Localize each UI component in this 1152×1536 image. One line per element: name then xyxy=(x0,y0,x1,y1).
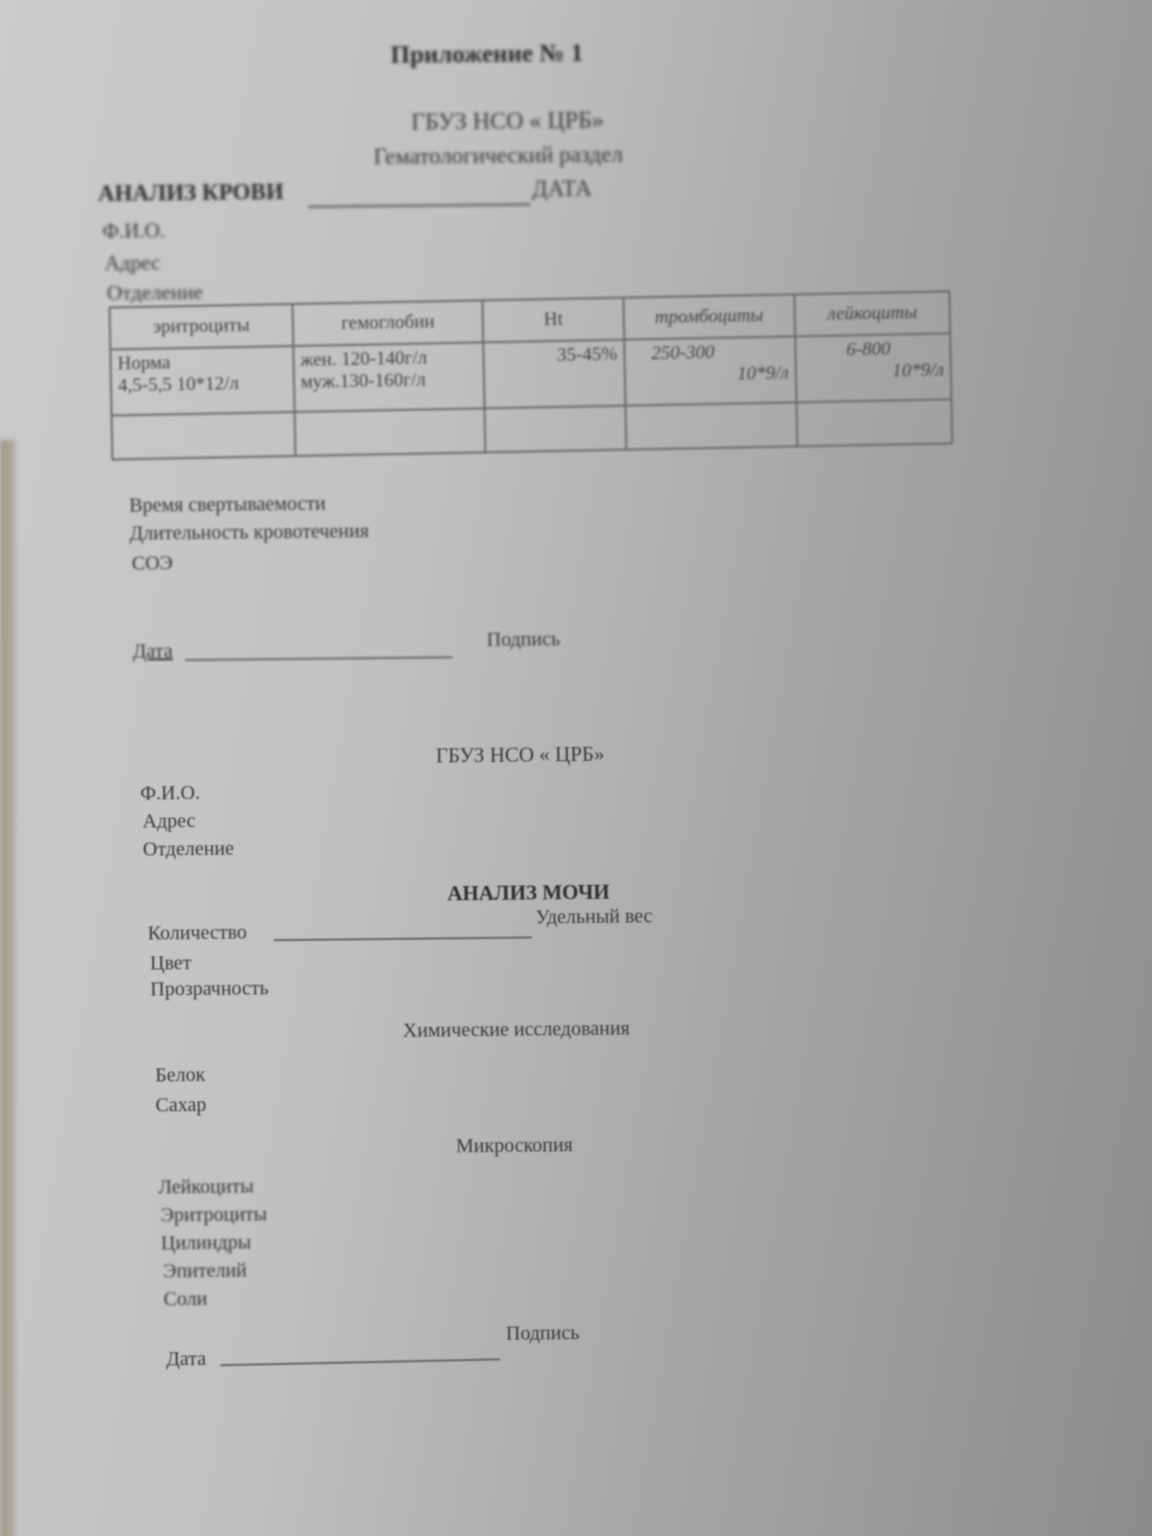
appendix-label: Приложение № 1 xyxy=(390,40,583,70)
blood-section-title: Гематологический раздел xyxy=(373,141,623,170)
specific-gravity-label: Удельный вес xyxy=(535,905,652,929)
microscopy-item-erythrocytes: Эритроциты xyxy=(161,1203,268,1227)
urine-footer-signature-label: Подпись xyxy=(506,1322,580,1346)
chemical-section-title: Химические исследования xyxy=(403,1017,630,1042)
bleeding-duration-label: Длительность кровотечения xyxy=(129,520,369,546)
blood-analysis-title: АНАЛИЗ КРОВИ xyxy=(98,179,284,207)
cell-line: 4,5-5,5 10*12/л xyxy=(118,372,287,397)
blood-department-label: Отделение xyxy=(107,280,203,306)
paper-sheet: Приложение № 1 ГБУЗ НСО « ЦРБ» Гематолог… xyxy=(0,0,1152,1536)
cell-line: 10*9/л xyxy=(803,360,945,385)
urine-footer-date-label: Дата xyxy=(166,1348,206,1371)
cell-line: 35-45% xyxy=(491,344,618,368)
microscopy-item-leukocytes: Лейкоциты xyxy=(158,1175,254,1199)
urine-footer-date-line xyxy=(220,1358,500,1366)
urine-organization: ГБУЗ НСО « ЦРБ» xyxy=(436,742,605,769)
result-hemoglobin xyxy=(294,408,485,456)
norm-erythrocytes: Норма 4,5-5,5 10*12/л xyxy=(110,346,294,415)
microscopy-item-salts: Соли xyxy=(163,1288,207,1311)
microscopy-item-casts: Цилиндры xyxy=(161,1231,251,1255)
quantity-label: Количество xyxy=(148,921,247,945)
norm-hemoglobin: жен. 120-140г/л муж.130-160г/л xyxy=(293,342,485,412)
chemical-item-protein: Белок xyxy=(155,1064,205,1088)
norm-hematocrit: 35-45% xyxy=(484,340,626,409)
blood-results-table: эритроциты гемоглобин Ht тромбоциты лейк… xyxy=(108,290,953,460)
esr-label: СОЭ xyxy=(132,552,173,575)
microscopy-item-epithelium: Эпителий xyxy=(163,1259,247,1283)
cell-line: 6-800 xyxy=(802,338,944,363)
blood-footer-date-label: Дата xyxy=(133,640,173,663)
header-hematocrit: Ht xyxy=(483,298,624,343)
header-platelets: тромбоциты xyxy=(623,294,795,339)
chemical-item-sugar: Сахар xyxy=(155,1094,206,1118)
cell-line: Норма xyxy=(117,350,286,375)
urine-analysis-title: АНАЛИЗ МОЧИ xyxy=(447,880,610,907)
norm-leukocytes: 6-800 10*9/л xyxy=(795,333,951,402)
norm-platelets: 250-300 10*9/л xyxy=(624,336,796,405)
microscopy-section-title: Микроскопия xyxy=(456,1134,573,1158)
blood-footer-signature-label: Подпись xyxy=(487,628,561,652)
blood-organization: ГБУЗ НСО « ЦРБ» xyxy=(411,108,604,137)
blood-date-label: ДАТА xyxy=(532,176,592,203)
result-platelets xyxy=(625,402,797,449)
clarity-label: Прозрачность xyxy=(150,977,269,1001)
clotting-time-label: Время свертываемости xyxy=(129,493,326,518)
color-label: Цвет xyxy=(150,952,192,975)
blood-fio-label: Ф.И.О. xyxy=(102,218,165,244)
header-hemoglobin: гемоглобин xyxy=(292,300,483,346)
urine-fio-label: Ф.И.О. xyxy=(140,782,200,806)
result-erythrocytes xyxy=(112,412,296,460)
blood-address-label: Адрес xyxy=(105,250,161,276)
header-leukocytes: лейкоциты xyxy=(794,291,950,336)
urine-department-label: Отделение xyxy=(143,838,234,862)
cell-line: муж.130-160г/л xyxy=(301,368,478,393)
quantity-blank-line xyxy=(274,936,532,941)
cell-line: 250-300 xyxy=(631,341,789,366)
urine-address-label: Адрес xyxy=(142,810,195,834)
cell-line: 10*9/л xyxy=(631,363,789,388)
blood-title-blank-line xyxy=(308,203,530,207)
blood-footer-date-line xyxy=(185,656,453,661)
result-hematocrit xyxy=(485,406,626,453)
result-leukocytes xyxy=(796,399,952,446)
header-erythrocytes: эритроциты xyxy=(110,304,294,350)
